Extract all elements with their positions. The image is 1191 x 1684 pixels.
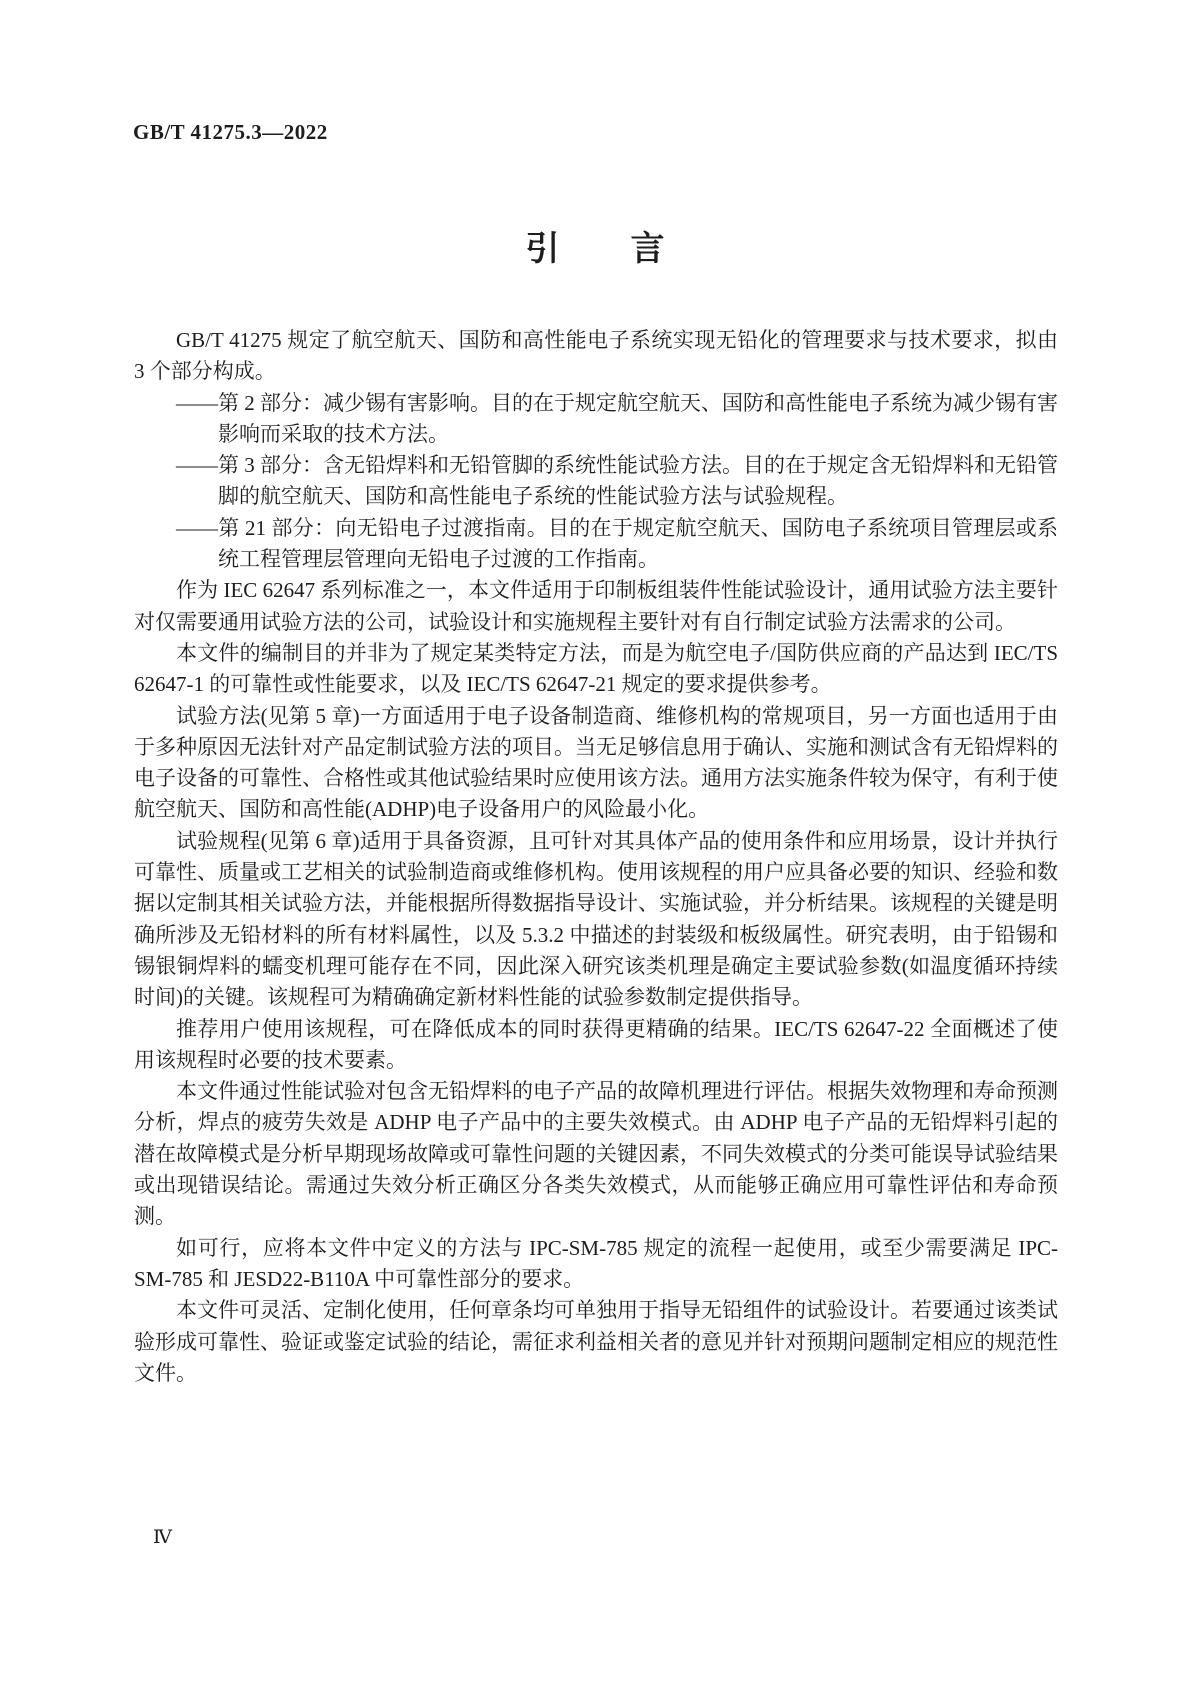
introduction-body: GB/T 41275 规定了航空航天、国防和高性能电子系统实现无铅化的管理要求与… bbox=[134, 325, 1058, 1389]
paragraph-scope: GB/T 41275 规定了航空航天、国防和高性能电子系统实现无铅化的管理要求与… bbox=[134, 325, 1058, 388]
document-page: GB/T 41275.3—2022 引 言 GB/T 41275 规定了航空航天… bbox=[0, 0, 1191, 1684]
paragraph-recommendation: 推荐用户使用该规程，可在降低成本的同时获得更精确的结果。IEC/TS 62647… bbox=[134, 1014, 1058, 1077]
paragraph-test-procedure: 试验规程(见第 6 章)适用于具备资源，且可针对其具体产品的使用条件和应用场景，… bbox=[134, 826, 1058, 1014]
paragraph-test-method: 试验方法(见第 5 章)一方面适用于电子设备制造商、维修机构的常规项目，另一方面… bbox=[134, 701, 1058, 826]
list-item-part-3: ——第 3 部分：含无铅焊料和无铅管脚的系统性能试验方法。目的在于规定含无铅焊料… bbox=[134, 450, 1058, 513]
standard-number: GB/T 41275.3—2022 bbox=[133, 120, 328, 145]
paragraph-flexible-use: 本文件可灵活、定制化使用，任何章条均可单独用于指导无铅组件的试验设计。若要通过该… bbox=[134, 1295, 1058, 1389]
paragraph-failure-mechanism: 本文件通过性能试验对包含无铅焊料的电子产品的故障机理进行评估。根据失效物理和寿命… bbox=[134, 1076, 1058, 1232]
paragraph-purpose: 本文件的编制目的并非为了规定某类特定方法，而是为航空电子/国防供应商的产品达到 … bbox=[134, 638, 1058, 701]
paragraph-ipc-sm-785: 如可行，应将本文件中定义的方法与 IPC-SM-785 规定的流程一起使用，或至… bbox=[134, 1233, 1058, 1296]
page-number: Ⅳ bbox=[153, 1526, 172, 1549]
list-item-part-21: ——第 21 部分：向无铅电子过渡指南。目的在于规定航空航天、国防电子系统项目管… bbox=[134, 513, 1058, 576]
paragraph-iec-series: 作为 IEC 62647 系列标准之一，本文件适用于印制板组装件性能试验设计，通… bbox=[134, 575, 1058, 638]
list-item-part-2: ——第 2 部分：减少锡有害影响。目的在于规定航空航天、国防和高性能电子系统为减… bbox=[134, 388, 1058, 451]
page-title: 引 言 bbox=[0, 221, 1191, 270]
